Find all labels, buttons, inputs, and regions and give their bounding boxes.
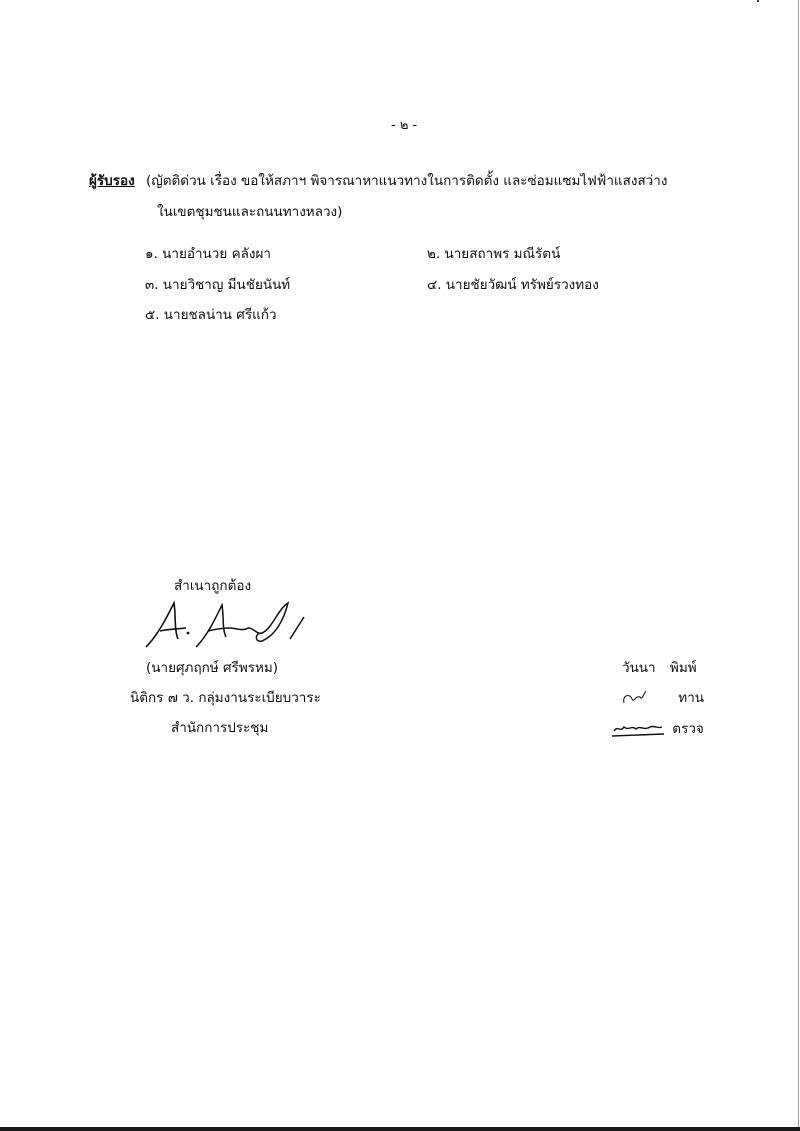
scan-edge-line	[798, 0, 799, 1131]
certified-copy-label: สำเนาถูกต้อง	[174, 577, 251, 595]
member-item: ๒. นายสถาพร มณีรัตน์	[427, 245, 560, 263]
signer-name: (นายศุภฤกษ์ ศรีพรหม)	[146, 659, 278, 677]
staff-role: ตรวจ	[672, 720, 704, 738]
staff-name: วันนา	[622, 659, 656, 677]
signature-icon	[138, 595, 308, 655]
member-item: ๕. นายชลน่าน ศรีแก้ว	[145, 306, 277, 324]
signer-office: สำนักการประชุม	[171, 719, 268, 737]
signer-position: นิติกร ๗ ว. กลุ่มงานระเบียบวาระ	[130, 689, 321, 707]
member-item: ๓. นายวิชาญ มีนชัยนันท์	[145, 276, 290, 294]
member-item: ๑. นายอำนวย คลังผา	[145, 245, 271, 263]
document-page: - ๒ - ผู้รับรอง (ญัตติด่วน เรื่อง ขอให้ส…	[0, 0, 800, 1131]
heading-text-line1: (ญัตติด่วน เรื่อง ขอให้สภาฯ พิจารณาหาแนว…	[146, 172, 667, 190]
staff-row-typist: วันนา พิมพ์	[610, 659, 697, 677]
staff-row-proofreader: ทาน	[610, 689, 704, 707]
heading-label: ผู้รับรอง	[89, 172, 135, 190]
staff-role: พิมพ์	[670, 659, 697, 677]
scan-bottom-band	[0, 1127, 800, 1131]
staff-role: ทาน	[678, 689, 704, 707]
initials-icon	[610, 719, 666, 739]
member-item: ๔. นายชัยวัฒน์ ทรัพย์รวงทอง	[427, 276, 599, 294]
initials-icon	[610, 689, 660, 707]
staff-row-checker: ตรวจ	[610, 719, 704, 739]
heading-text-line2: ในเขตชุมชนและถนนทางหลวง)	[157, 203, 342, 221]
scan-artifact	[757, 0, 759, 2]
page-number: - ๒ -	[391, 117, 417, 135]
